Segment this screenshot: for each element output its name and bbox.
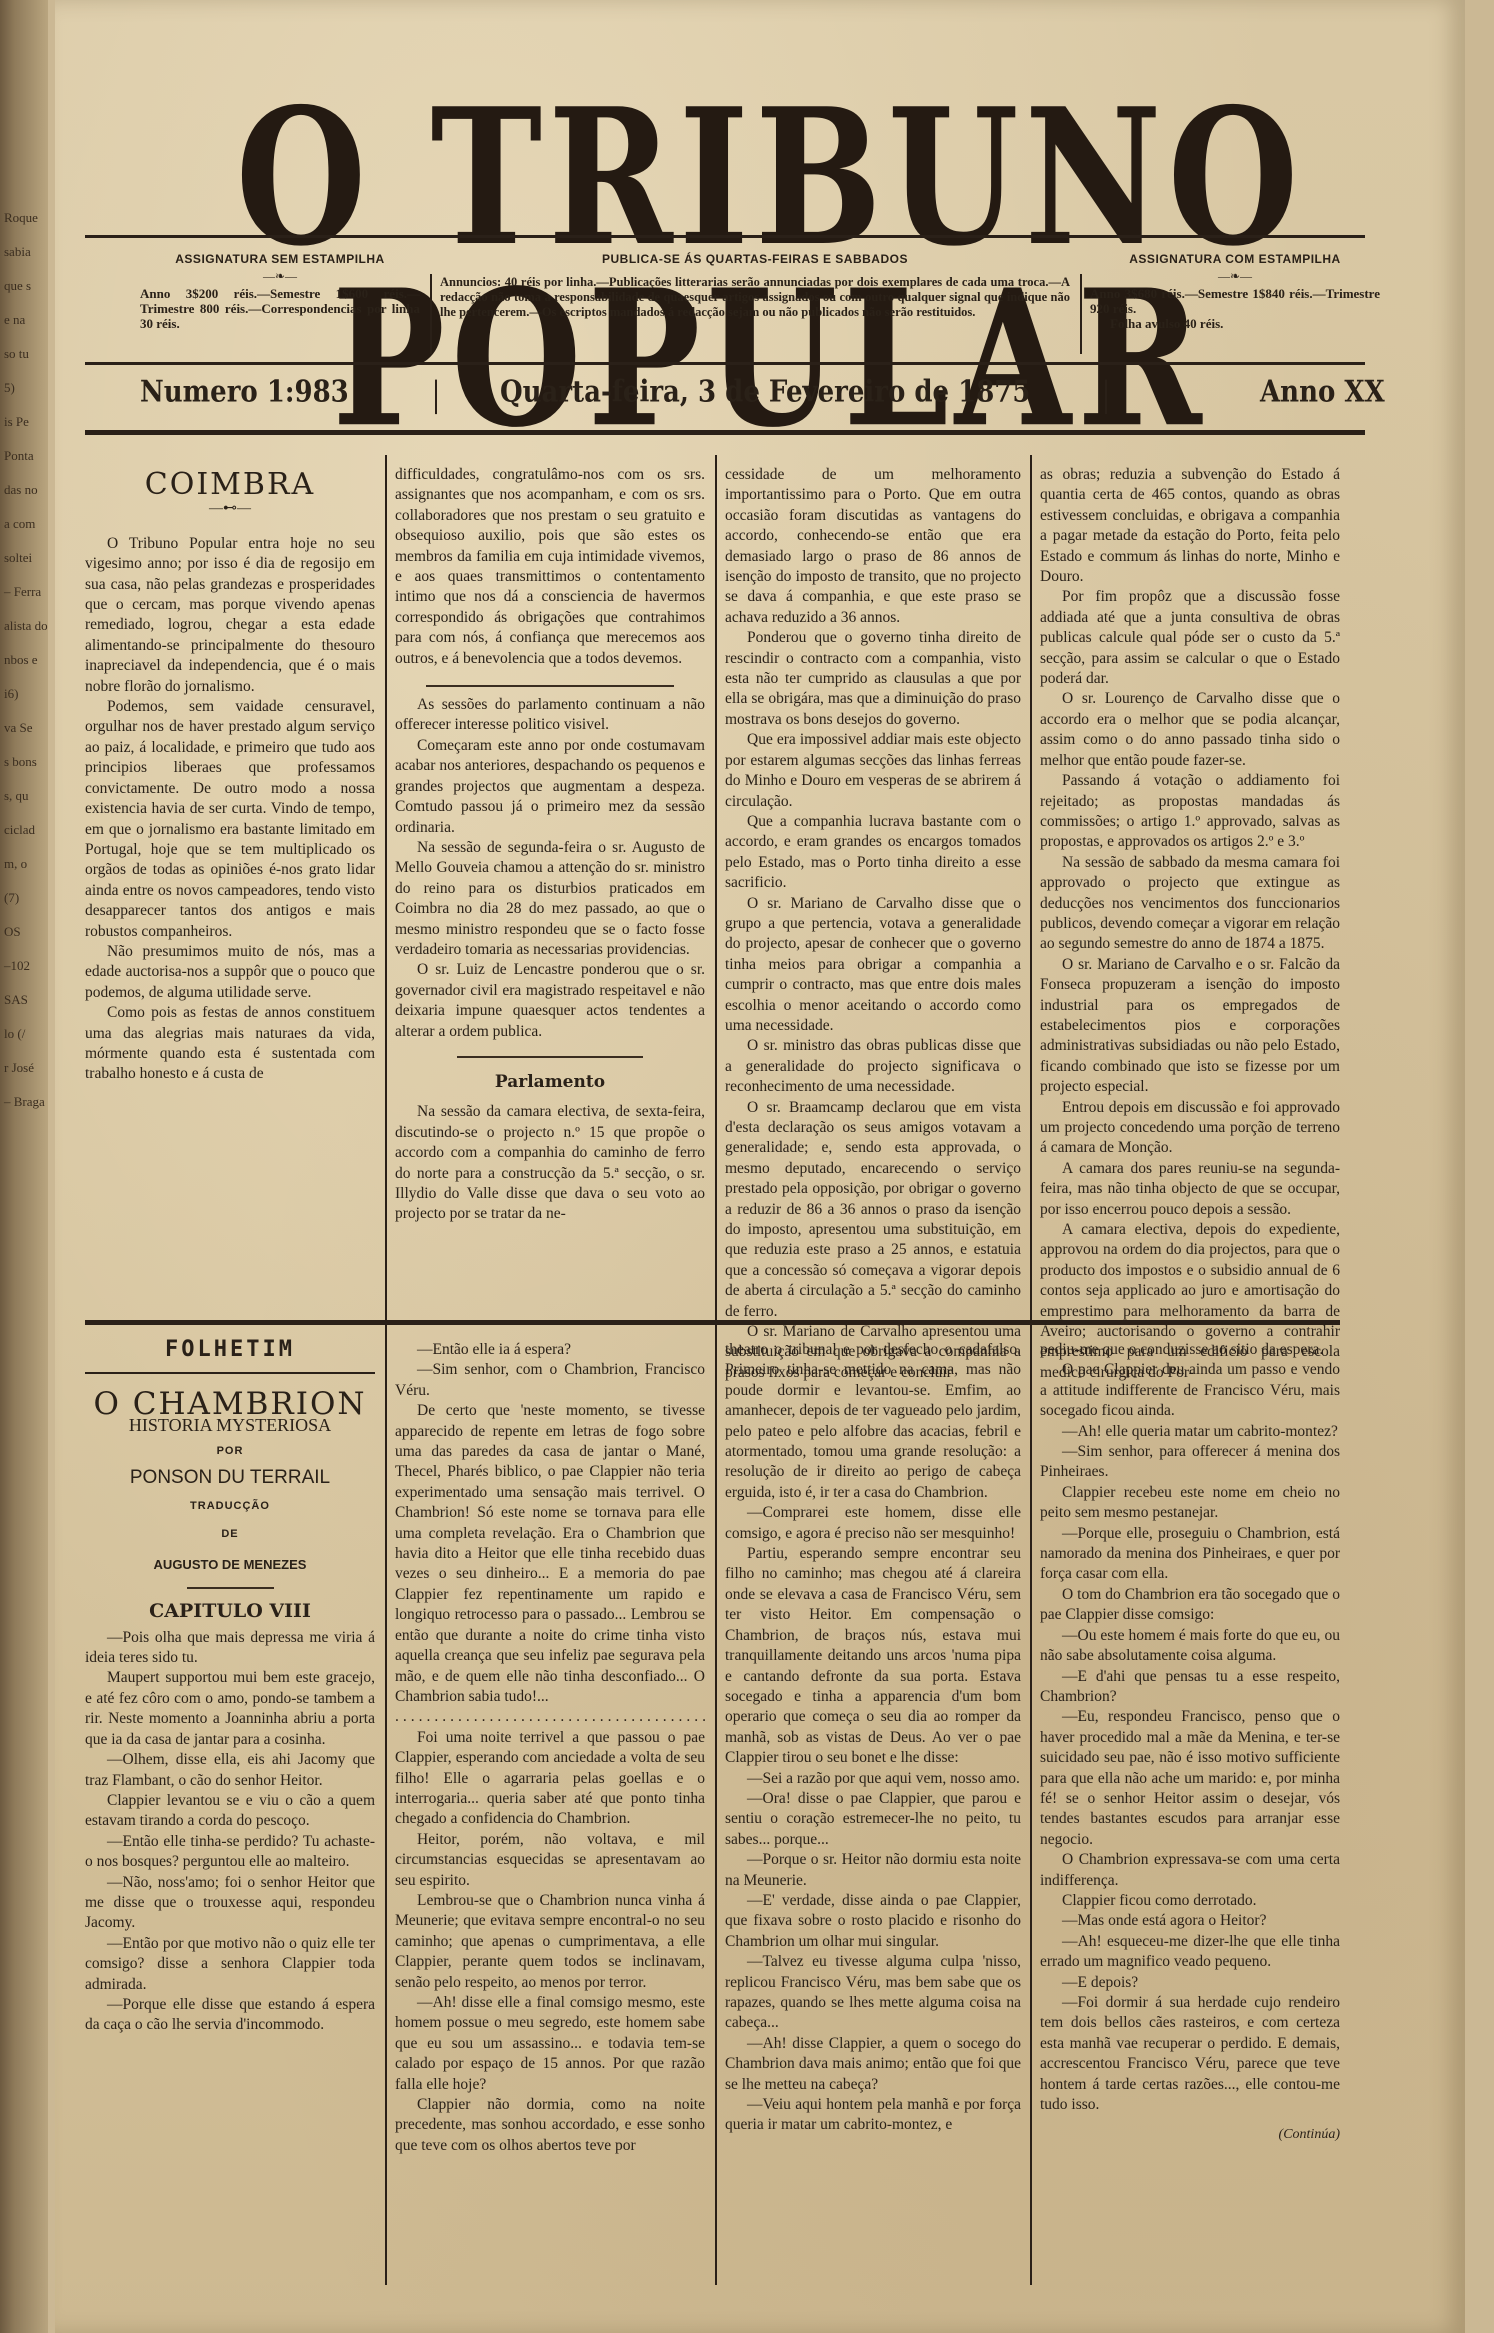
section-divider	[187, 1587, 274, 1589]
paragraph: Que a companhia lucrava bastante com o a…	[725, 812, 1021, 894]
paragraph: O sr. Braamcamp declarou que em vista d'…	[725, 1098, 1021, 1322]
section-divider	[85, 1372, 375, 1374]
paragraph: —Pois olha que mais depressa me viria á …	[85, 1628, 375, 1669]
article-coimbra: COIMBRA —⊷— O Tribuno Popular entra hoje…	[85, 465, 375, 1085]
subscription-left-heading: ASSIGNATURA SEM ESTAMPILHA	[140, 252, 420, 267]
paragraph: Clappier recebeu este nome em cheio no p…	[1040, 1483, 1340, 1524]
masthead-title: O TRIBUNO POPULAR	[135, 88, 1405, 269]
issue-date: Quarta-feira, 3 de Fevereiro de 1875	[500, 375, 1031, 410]
section-title-parlamento: Parlamento	[395, 1072, 705, 1092]
paragraph: —E d'ahi que pensas tu a esse respeito, …	[1040, 1667, 1340, 1708]
margin-text-fragment: is Pe	[4, 414, 29, 431]
paragraph: cessidade de um melhoramento importantis…	[725, 465, 1021, 628]
margin-text-fragment: e na	[4, 312, 25, 329]
subscription-right-heading: ASSIGNATURA COM ESTAMPILHA	[1090, 252, 1380, 267]
margin-text-fragment: i6)	[4, 686, 18, 703]
paragraph: Na sessão da camara electiva, de sexta-f…	[395, 1102, 705, 1224]
margin-text-fragment: nbos e	[4, 652, 38, 669]
paragraph: —Comprarei este homem, disse elle comsig…	[725, 1503, 1021, 1544]
margin-text-fragment: so tu	[4, 346, 29, 363]
paragraph: O sr. Mariano de Carvalho disse que o gr…	[725, 894, 1021, 1037]
paragraph: O pae Clappier deu ainda um passo e vend…	[1040, 1360, 1340, 1421]
folhetim-col3: theatro o tribunal e por desfecho o cada…	[725, 1340, 1021, 2136]
de-label: DE	[85, 1524, 375, 1544]
paragraph: —Ah! disse Clappier, a quem o socego do …	[725, 2034, 1021, 2095]
paragraph: Podemos, sem vaidade censuravel, orgulha…	[85, 697, 375, 942]
ornament-divider: —⊷—	[85, 499, 375, 519]
paragraph: —Ah! esqueceu-me dizer-lhe que elle tinh…	[1040, 1932, 1340, 1973]
paragraph: Foi uma noite terrivel a que passou o pa…	[395, 1728, 705, 1830]
by-label: POR	[85, 1441, 375, 1461]
paragraph: —Eu, respondeu Francisco, penso que o ha…	[1040, 1707, 1340, 1850]
paragraph: Começaram este anno por onde costumavam …	[395, 736, 705, 838]
paragraph: —Foi dormir á sua herdade cujo rendeiro …	[1040, 1993, 1340, 2115]
paragraph: Por fim propôz que a discussão fosse add…	[1040, 587, 1340, 689]
paragraph: O sr. ministro das obras publicas disse …	[725, 1036, 1021, 1097]
subscription-without-stamp: ASSIGNATURA SEM ESTAMPILHA —❧— Anno 3$20…	[140, 252, 420, 331]
paragraph: —Ora! disse o pae Clappier, que parou e …	[725, 1789, 1021, 1850]
paragraph: Partiu, esperando sempre encontrar seu f…	[725, 1544, 1021, 1768]
margin-text-fragment: ciclad	[4, 822, 35, 839]
paragraph: O Tribuno Popular entra hoje no seu vige…	[85, 534, 375, 697]
paragraph: A camara dos pares reuniu-se na segunda-…	[1040, 1159, 1340, 1220]
margin-text-fragment: – Ferra	[4, 584, 41, 601]
margin-text-fragment: sabia	[4, 244, 31, 261]
publication-info: PUBLICA-SE ÁS QUARTAS-FEIRAS E SABBADOS …	[440, 252, 1070, 320]
issue-number: Numero 1:983	[140, 375, 349, 410]
publication-days-heading: PUBLICA-SE ÁS QUARTAS-FEIRAS E SABBADOS	[440, 252, 1070, 267]
paragraph: —E' verdade, disse ainda o pae Clappier,…	[725, 1891, 1021, 1952]
paragraph: pediu-me que o conduzisse ao sitio da es…	[1040, 1340, 1340, 1360]
folhetim-label: FOLHETIM	[85, 1340, 375, 1360]
subscription-right-prices: Anno 3$680 réis.—Semestre 1$840 réis.—Tr…	[1090, 286, 1380, 316]
paragraph: Entrou depois em discussão e foi approva…	[1040, 1098, 1340, 1159]
paragraph: Clappier não dormia, como na noite prece…	[395, 2095, 705, 2156]
column-divider	[715, 455, 717, 2285]
paragraph: Ponderou que o governo tinha direito de …	[725, 628, 1021, 730]
article-coimbra-continued: difficuldades, congratulâmo-nos com os s…	[395, 465, 705, 1225]
paragraph: As sessões do parlamento continuam a não…	[395, 695, 705, 736]
paragraph: —Porque elle disse que estando á espera …	[85, 1995, 375, 2036]
margin-text-fragment: –102	[4, 958, 30, 975]
divider	[430, 274, 432, 354]
margin-text-fragment: (7)	[4, 890, 19, 907]
paragraph: difficuldades, congratulâmo-nos com os s…	[395, 465, 705, 669]
subscription-with-stamp: ASSIGNATURA COM ESTAMPILHA —❧— Anno 3$68…	[1090, 252, 1380, 331]
paragraph: O Chambrion expressava-se com uma certa …	[1040, 1850, 1340, 1891]
paragraph: O tom do Chambrion era tão socegado que …	[1040, 1585, 1340, 1626]
margin-text-fragment: lo (/	[4, 1026, 25, 1043]
paragraph: O sr. Mariano de Carvalho e o sr. Falcão…	[1040, 955, 1340, 1098]
paragraph: —Porque elle, proseguiu o Chambrion, est…	[1040, 1524, 1340, 1585]
margin-text-fragment: das no	[4, 482, 38, 499]
margin-text-fragment: Roque	[4, 210, 38, 227]
paragraph: —Sei a razão por que aqui vem, nosso amo…	[725, 1769, 1021, 1789]
paragraph: —Olhem, disse ella, eis ahi Jacomy que t…	[85, 1750, 375, 1791]
paragraph: De certo que 'neste momento, se tivesse …	[395, 1401, 705, 1707]
paragraph: O sr. Luiz de Lencastre ponderou que o s…	[395, 960, 705, 1042]
folhetim-col4: pediu-me que o conduzisse ao sitio da es…	[1040, 1340, 1340, 2146]
margin-text-fragment: alista do	[4, 618, 48, 635]
section-title-coimbra: COIMBRA	[85, 475, 375, 495]
divider	[1105, 380, 1107, 415]
column-divider	[385, 455, 387, 2285]
paragraph: Heitor, porém, não voltava, e mil circum…	[395, 1830, 705, 1891]
adjacent-page-margin: Roquesabiaque se naso tu5)is PePontadas …	[0, 0, 48, 2333]
translator-name: AUGUSTO DE MENEZES	[85, 1555, 375, 1575]
divider	[435, 380, 437, 415]
section-divider	[426, 685, 674, 687]
paragraph: —Então por que motivo não o quiz elle te…	[85, 1934, 375, 1995]
single-issue-price: Folha avulso 40 réis.	[1090, 316, 1380, 331]
paragraph: Na sessão de sabbado da mesma camara foi…	[1040, 853, 1340, 955]
paragraph: Que era impossivel addiar mais este obje…	[725, 730, 1021, 812]
paragraph: Não presumimos muito de nós, mas a edade…	[85, 942, 375, 1003]
margin-text-fragment: OS	[4, 924, 21, 941]
chapter-title: CAPITULO VIII	[85, 1601, 375, 1621]
paragraph: —Talvez eu tivesse alguma culpa 'nisso, …	[725, 1952, 1021, 2034]
paragraph: theatro o tribunal e por desfecho o cada…	[725, 1340, 1021, 1503]
column-divider	[1030, 455, 1032, 2285]
paragraph: —Então elle tinha-se perdido? Tu achaste…	[85, 1832, 375, 1873]
translation-label: TRADUCÇÃO	[85, 1496, 375, 1516]
divider	[1080, 274, 1082, 354]
year-volume: Anno XX	[1260, 375, 1385, 410]
paragraph: O sr. Lourenço de Carvalho disse que o a…	[1040, 689, 1340, 771]
dateline: Numero 1:983 Quarta-feira, 3 de Fevereir…	[140, 375, 1390, 421]
margin-text-fragment: s, qu	[4, 788, 29, 805]
continued-note: (Continúa)	[1040, 2125, 1340, 2145]
dotted-separator: ........................................…	[395, 1707, 705, 1727]
subscription-left-prices: Anno 3$200 réis.—Semestre 1$600 réis.—Tr…	[140, 286, 420, 331]
paragraph: —Mas onde está agora o Heitor?	[1040, 1911, 1340, 1931]
header-rule	[85, 362, 1365, 365]
paragraph: Na sessão de segunda-feira o sr. Augusto…	[395, 838, 705, 960]
paragraph: Maupert supportou mui bem este gracejo, …	[85, 1668, 375, 1750]
paragraph: —Ah! elle queria matar um cabrito-montez…	[1040, 1422, 1340, 1442]
paragraph: Clappier levantou se e viu o cão a quem …	[85, 1791, 375, 1832]
dateline-rule	[85, 430, 1365, 435]
folhetim-col1: FOLHETIM O CHAMBRION HISTORIA MYSTERIOSA…	[85, 1340, 375, 2036]
margin-text-fragment: a com	[4, 516, 35, 533]
margin-text-fragment: s bons	[4, 754, 37, 771]
ornament-divider: —❧—	[1090, 269, 1380, 284]
article-parlamento-col3: cessidade de um melhoramento importantis…	[725, 465, 1021, 1383]
paragraph: —Veiu aqui hontem pela manhã e por força…	[725, 2095, 1021, 2136]
paragraph: —Porque o sr. Heitor não dormiu esta noi…	[725, 1850, 1021, 1891]
subscription-header: ASSIGNATURA SEM ESTAMPILHA —❧— Anno 3$20…	[140, 252, 1390, 357]
paragraph: —Então elle ia á espera?	[395, 1340, 705, 1360]
paragraph: —E depois?	[1040, 1973, 1340, 1993]
margin-text-fragment: r José	[4, 1060, 34, 1077]
margin-text-fragment: SAS	[4, 992, 28, 1009]
paragraph: Lembrou-se que o Chambrion nunca vinha á…	[395, 1891, 705, 1993]
section-divider	[457, 1056, 643, 1058]
folhetim-rule	[85, 1320, 1340, 1325]
margin-text-fragment: que s	[4, 278, 31, 295]
paragraph: —Não, noss'amo; foi o senhor Heitor que …	[85, 1873, 375, 1934]
serial-title: O CHAMBRION	[85, 1394, 375, 1414]
margin-text-fragment: va Se	[4, 720, 33, 737]
paragraph: —Sim senhor, para offerecer á menina dos…	[1040, 1442, 1340, 1483]
margin-text-fragment: m, o	[4, 856, 27, 873]
margin-text-fragment: soltei	[4, 550, 32, 567]
article-parlamento-col4: as obras; reduzia a subvenção do Estado …	[1040, 465, 1340, 1383]
paragraph: —Sim senhor, com o Chambrion, Francisco …	[395, 1360, 705, 1401]
margin-text-fragment: – Braga	[4, 1094, 45, 1111]
paragraph: as obras; reduzia a subvenção do Estado …	[1040, 465, 1340, 587]
paragraph: Clappier ficou como derrotado.	[1040, 1891, 1340, 1911]
paragraph: —Ou este homem é mais forte do que eu, o…	[1040, 1626, 1340, 1667]
margin-text-fragment: Ponta	[4, 448, 34, 465]
paragraph: —Ah! disse elle a final comsigo mesmo, e…	[395, 1993, 705, 2095]
ornament-divider: —❧—	[140, 269, 420, 284]
paragraph: Como pois as festas de annos constituem …	[85, 1003, 375, 1085]
publication-terms: Annuncios: 40 réis por linha.—Publicaçõe…	[440, 275, 1070, 320]
folhetim-col2: —Então elle ia á espera? —Sim senhor, co…	[395, 1340, 705, 2156]
masthead-rule	[85, 235, 1365, 238]
paragraph: Passando á votação o addiamento foi reje…	[1040, 771, 1340, 853]
serial-author: PONSON DU TERRAIL	[85, 1468, 375, 1488]
margin-text-fragment: 5)	[4, 380, 15, 397]
newspaper-page: O TRIBUNO POPULAR ASSIGNATURA SEM ESTAMP…	[55, 0, 1465, 2333]
